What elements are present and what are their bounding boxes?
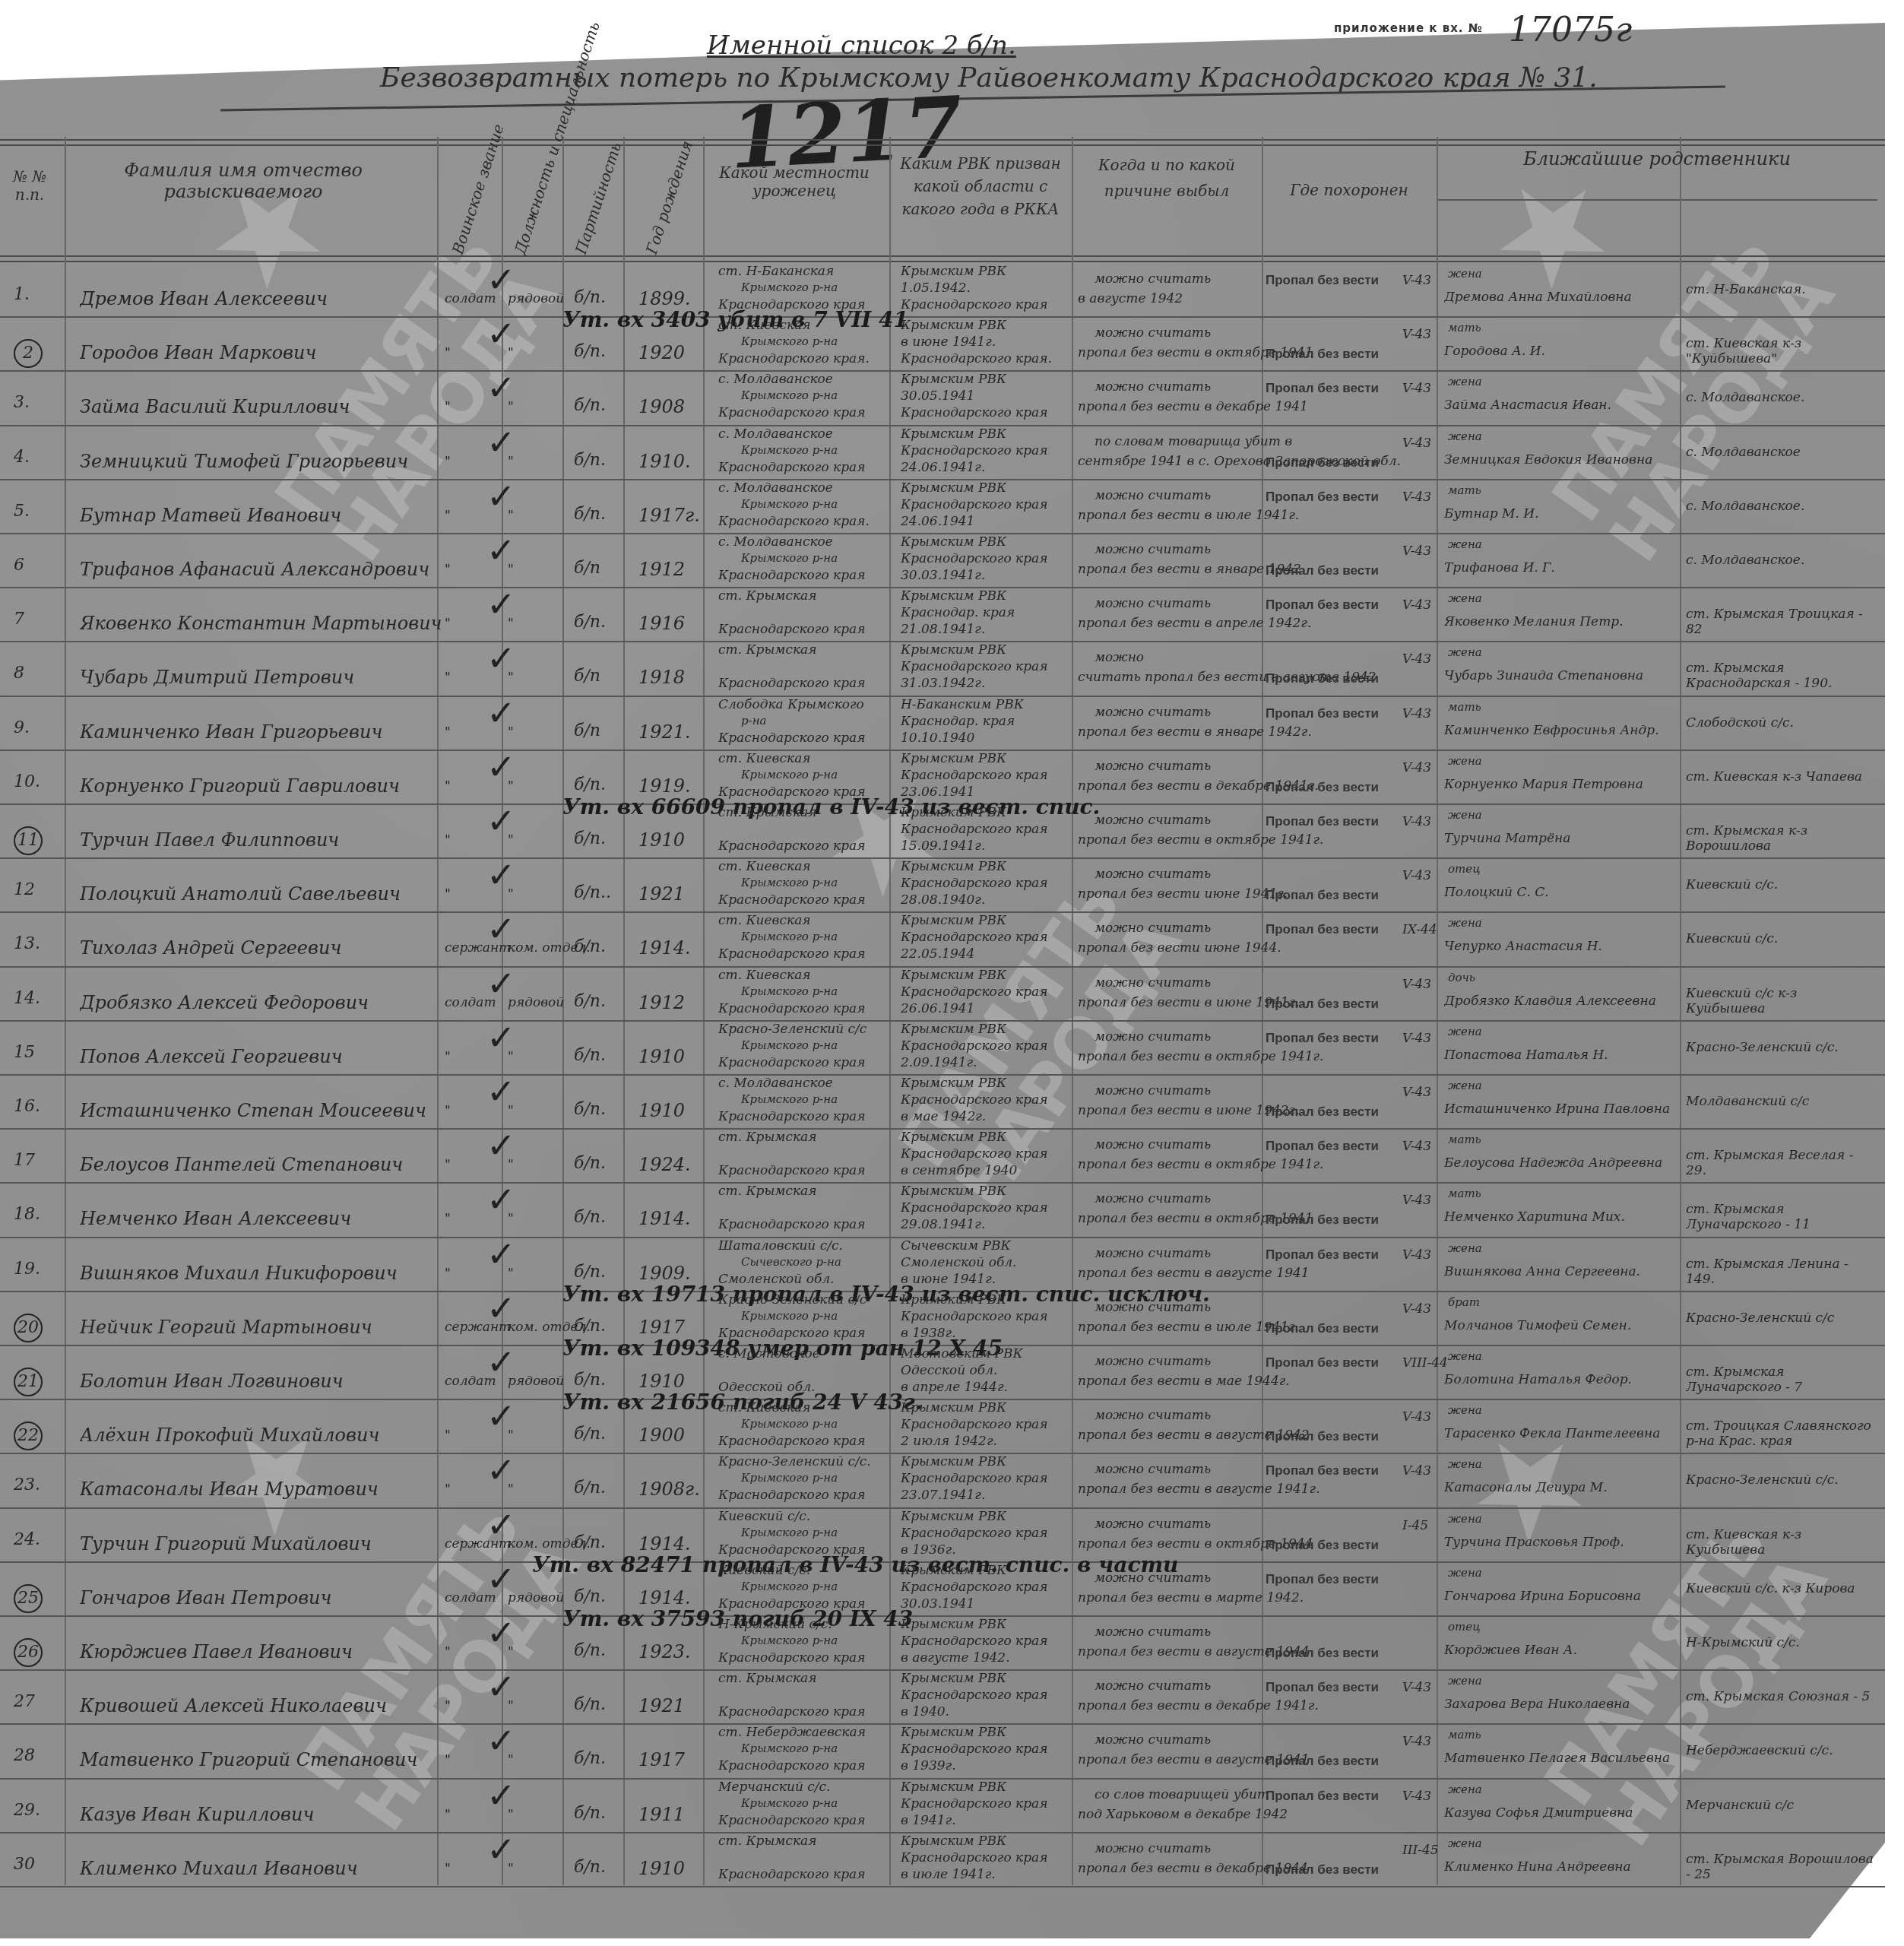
soldier-name: Дробязко Алексей Федорович bbox=[80, 992, 369, 1013]
row-number: 21 bbox=[14, 1368, 43, 1396]
row-number: 23. bbox=[14, 1475, 40, 1494]
loss-note: можно считать bbox=[1095, 975, 1211, 990]
birthplace-line: Краснодарского края bbox=[718, 1650, 865, 1666]
relative-address: ст. Крымская к-з Ворошилова bbox=[1686, 823, 1876, 854]
loss-code: V-43 bbox=[1402, 1301, 1431, 1317]
checkmark-icon: ✓ bbox=[486, 1720, 516, 1761]
soldier-name: Вишняков Михаил Никифорович bbox=[80, 1263, 398, 1284]
birthplace-line: Крымского р-на bbox=[741, 1417, 838, 1431]
position: рядовой bbox=[508, 1374, 564, 1389]
conscription-line: Крымским РВК bbox=[901, 805, 1006, 820]
conscription-line: Краснодарского края bbox=[901, 1796, 1047, 1811]
loss-status-stamp: Пропал без вести bbox=[1266, 1862, 1379, 1878]
loss-note: можно считать bbox=[1095, 488, 1211, 503]
relative-address: Неберджаевский с/с. bbox=[1686, 1743, 1833, 1758]
conscription-line: в 1941г. bbox=[901, 1813, 956, 1828]
header-bottom-rule bbox=[0, 255, 1885, 262]
checkmark-icon: ✓ bbox=[486, 1504, 516, 1545]
checkmark-icon: ✓ bbox=[486, 1450, 516, 1491]
conscription-line: в мае 1942г. bbox=[901, 1109, 986, 1124]
table-row: 6Трифанов Афанасий Александрович""✓б/п19… bbox=[0, 533, 1877, 587]
birthplace-line: Сычевского р-на bbox=[741, 1255, 841, 1269]
loss-status-stamp: Пропал без вести bbox=[1266, 381, 1379, 396]
conscription-line: в июне 1941г. bbox=[901, 334, 996, 350]
soldier-name: Кюрджиев Павел Иванович bbox=[80, 1641, 353, 1662]
loss-status-stamp: Пропал без вести bbox=[1266, 490, 1379, 505]
circled-number: 11 bbox=[14, 826, 43, 855]
party-status: б/п. bbox=[574, 829, 606, 848]
relative-name: Клименко Нина Андреевна bbox=[1444, 1859, 1631, 1875]
loss-note: под Харьковом в декабре 1942 bbox=[1078, 1807, 1288, 1822]
party-status: б/п. bbox=[574, 1100, 606, 1119]
conscription-line: Мостовским РВК bbox=[901, 1346, 1023, 1361]
relative-address: Молдаванский с/с bbox=[1686, 1094, 1809, 1109]
birthplace-line: Крымского р-на bbox=[741, 1092, 838, 1106]
soldier-name: Кривошей Алексей Николаевич bbox=[80, 1695, 387, 1716]
birthplace-line: Краснодарского края bbox=[718, 946, 865, 962]
conscription-line: Крымским РВК bbox=[901, 1833, 1006, 1849]
relative-address: Красно-Зеленский с/с. bbox=[1686, 1040, 1839, 1055]
loss-status-stamp: Пропал без вести bbox=[1266, 1031, 1379, 1046]
relative-name: Дробязко Клавдия Алексеевна bbox=[1444, 994, 1656, 1009]
birth-year: 1924. bbox=[638, 1154, 691, 1175]
table-row: 4.Земницкий Тимофей Григорьевич""✓б/п.19… bbox=[0, 425, 1877, 479]
loss-status-stamp: Пропал без вести bbox=[1266, 1429, 1379, 1444]
relative-name: Болотина Наталья Федор. bbox=[1444, 1372, 1632, 1387]
relative-relation: жена bbox=[1448, 591, 1482, 605]
conscription-line: Краснодарского края bbox=[901, 1200, 1047, 1215]
row-number: 19. bbox=[14, 1260, 40, 1279]
loss-status-stamp: Пропал без вести bbox=[1266, 455, 1379, 471]
row-number: 22 bbox=[14, 1421, 43, 1450]
birthplace-line: Крымского р-на bbox=[741, 768, 838, 781]
conscription-line: Крымским РВК bbox=[901, 1184, 1006, 1199]
birth-year: 1914. bbox=[638, 1533, 691, 1555]
loss-code: V-43 bbox=[1402, 1139, 1431, 1154]
birth-year: 1916 bbox=[638, 613, 685, 634]
conscription-line: Краснодарского края bbox=[901, 1309, 1047, 1324]
conscription-line: Краснодарского края bbox=[901, 876, 1047, 891]
birthplace-line: Краснодарского края bbox=[718, 1434, 865, 1449]
soldier-name: Займа Василий Кириллович bbox=[80, 396, 350, 417]
birth-year: 1917 bbox=[638, 1317, 685, 1338]
checkmark-icon: ✓ bbox=[486, 1558, 516, 1599]
loss-note: можно считать bbox=[1095, 759, 1211, 774]
row-number: 10. bbox=[14, 772, 40, 791]
relative-address: ст. Крымская Ворошилова - 25 bbox=[1686, 1852, 1876, 1882]
row-number: 27 bbox=[14, 1692, 35, 1711]
table-row: 2Ут. вх 3403 убит в 7 VII 41Городов Иван… bbox=[0, 316, 1877, 370]
loss-note: в августе 1942 bbox=[1078, 291, 1183, 306]
birth-year: 1918 bbox=[638, 667, 685, 688]
table-row: 13.Тихолаз Андрей Сергеевичсержантком. о… bbox=[0, 911, 1877, 965]
birthplace-line: Краснодарского края bbox=[718, 622, 865, 637]
loss-status-stamp: Пропал без вести bbox=[1266, 1212, 1379, 1228]
birthplace-line: Крымского р-на bbox=[741, 1526, 838, 1539]
checkmark-icon: ✓ bbox=[486, 367, 516, 408]
birthplace-line: с. Молдаванское bbox=[718, 534, 833, 550]
loss-note: пропал без вести в октябре 1941г. bbox=[1078, 832, 1323, 848]
soldier-name: Белоусов Пантелей Степанович bbox=[80, 1154, 403, 1175]
table-row: 15Попов Алексей Георгиевич""✓б/п.1910Кра… bbox=[0, 1020, 1877, 1074]
conscription-line: 15.09.1941г. bbox=[901, 838, 985, 854]
birth-year: 1921. bbox=[638, 721, 691, 743]
relative-relation: жена bbox=[1448, 1512, 1482, 1526]
loss-note: пропал без вести июне 1944. bbox=[1078, 940, 1281, 956]
birthplace-line: Краснодарского края bbox=[718, 1867, 865, 1882]
birthplace-line: Крымского р-на bbox=[741, 443, 838, 457]
loss-note: можно считать bbox=[1095, 1137, 1211, 1152]
loss-status-stamp: Пропал без вести bbox=[1266, 563, 1379, 578]
birthplace-line: Краснодарского края bbox=[718, 676, 865, 691]
conscription-line: Краснодарского края bbox=[901, 551, 1047, 566]
relative-relation: жена bbox=[1448, 1566, 1482, 1580]
loss-code: V-43 bbox=[1402, 544, 1431, 559]
military-rank: " bbox=[445, 1211, 451, 1226]
conscription-line: Смоленской обл. bbox=[901, 1255, 1017, 1270]
conscription-line: 2.09.1941г. bbox=[901, 1055, 977, 1070]
conscription-line: Краснодарского края bbox=[901, 1526, 1047, 1541]
conscription-line: Крымским РВК bbox=[901, 588, 1006, 604]
conscription-line: Краснодарского края bbox=[901, 497, 1047, 512]
loss-status-stamp: Пропал без вести bbox=[1266, 597, 1379, 613]
birthplace-line: Краснодарского края bbox=[718, 892, 865, 908]
conscription-line: Крымским РВК bbox=[901, 1454, 1006, 1469]
birthplace-line: Крымского р-на bbox=[741, 280, 838, 294]
casualty-annotation: Ут. вх 66609 пропал в IV-43 из вест. спи… bbox=[562, 794, 1100, 819]
birth-year: 1914. bbox=[638, 1208, 691, 1229]
military-rank: " bbox=[445, 1698, 451, 1713]
relative-name: Матвиенко Пелагея Васильевна bbox=[1444, 1751, 1670, 1766]
conscription-line: 22.05.1944 bbox=[901, 946, 974, 962]
row-number: 11 bbox=[14, 826, 43, 855]
birthplace-line: р-на bbox=[741, 714, 767, 727]
table-row: 16.Исташниченко Степан Моисеевич""✓б/п.1… bbox=[0, 1074, 1877, 1128]
conscription-line: Крымским РВК bbox=[901, 426, 1006, 442]
conscription-line: 1.05.1942. bbox=[901, 280, 971, 296]
relative-address: Слободской с/с. bbox=[1686, 715, 1794, 731]
conscription-line: Краснодарского края bbox=[901, 1580, 1047, 1595]
loss-status-stamp: Пропал без вести bbox=[1266, 1247, 1379, 1263]
col-header-conscripted: Каким РВК призван какой области с какого… bbox=[897, 152, 1064, 220]
row-number: 6 bbox=[14, 556, 24, 575]
relative-address: ст. Троицкая Славянского р-на Крас. края bbox=[1686, 1418, 1876, 1449]
relative-address: ст. Киевская к-з "Куйбышева" bbox=[1686, 336, 1876, 366]
party-status: б/п. bbox=[574, 1479, 606, 1498]
relative-name: Бутнар М. И. bbox=[1444, 506, 1539, 521]
birthplace-line: Крымского р-на bbox=[741, 1742, 838, 1755]
soldier-name: Гончаров Иван Петрович bbox=[80, 1587, 332, 1608]
conscription-line: Краснодарского края bbox=[901, 1471, 1047, 1486]
party-status: б/п. bbox=[574, 396, 606, 415]
table-row: 11Ут. вх 66609 пропал в IV-43 из вест. с… bbox=[0, 803, 1877, 857]
list-title: Именной список 2 б/п. bbox=[707, 30, 1016, 61]
checkmark-icon: ✓ bbox=[486, 1288, 516, 1329]
loss-status-stamp: Пропал без вести bbox=[1266, 1680, 1379, 1695]
loss-status-stamp: Пропал без вести bbox=[1266, 1538, 1379, 1553]
relative-name: Немченко Харитина Мих. bbox=[1444, 1209, 1625, 1225]
soldier-name: Городов Иван Маркович bbox=[80, 342, 316, 363]
loss-status-stamp: Пропал без вести bbox=[1266, 1355, 1379, 1371]
conscription-line: Крымским РВК bbox=[901, 968, 1006, 983]
soldier-name: Чубарь Дмитрий Петрович bbox=[80, 667, 354, 688]
table-row: 9.Каминченко Иван Григорьевич""✓б/п1921.… bbox=[0, 696, 1877, 750]
checkmark-icon: ✓ bbox=[486, 963, 516, 1004]
loss-code: V-43 bbox=[1402, 760, 1431, 775]
conscription-line: 28.08.1940г. bbox=[901, 892, 985, 908]
military-rank: " bbox=[445, 1752, 451, 1767]
loss-note: можно считать bbox=[1095, 1300, 1211, 1315]
loss-note: пропал без вести в декабре 1941 bbox=[1078, 399, 1308, 414]
birthplace-line: Красно-Зеленский с/с bbox=[718, 1022, 866, 1037]
conscription-line: Краснодарского края. bbox=[901, 351, 1052, 366]
party-status: б/п. bbox=[574, 1641, 606, 1660]
loss-note: можно считать bbox=[1095, 1246, 1211, 1261]
military-rank: " bbox=[445, 508, 451, 523]
loss-note: пропал без вести в августе 1941 bbox=[1078, 1266, 1310, 1281]
birthplace-line: ст. Крымская bbox=[718, 1671, 817, 1686]
table-row: 5.Бутнар Матвей Иванович""✓б/п.1917г.с. … bbox=[0, 479, 1877, 533]
row-number: 29. bbox=[14, 1801, 40, 1820]
row-number: 28 bbox=[14, 1746, 35, 1765]
table-row: 28Матвиенко Григорий Степанович""✓б/п.19… bbox=[0, 1723, 1877, 1777]
loss-note: по словам товарища убит в bbox=[1095, 434, 1292, 449]
relative-name: Трифанова И. Г. bbox=[1444, 560, 1555, 575]
relative-relation: отец bbox=[1448, 1620, 1481, 1634]
col-header-relatives: Ближайшие родственники bbox=[1444, 148, 1870, 170]
loss-note: можно считать bbox=[1095, 813, 1211, 828]
loss-note: пропал без вести в декабре 1941г. bbox=[1078, 1698, 1319, 1713]
loss-note: можно считать bbox=[1095, 1029, 1211, 1044]
conscription-line: Крымским РВК bbox=[901, 1076, 1006, 1091]
loss-note: можно считать bbox=[1095, 1354, 1211, 1369]
checkmark-icon: ✓ bbox=[486, 1829, 516, 1870]
conscription-line: Крымским РВК bbox=[901, 642, 1006, 658]
loss-note: пропал без вести в июле 1941г. bbox=[1078, 508, 1299, 523]
checkmark-icon: ✓ bbox=[486, 800, 516, 841]
birth-year: 1908 bbox=[638, 396, 685, 417]
loss-status-stamp: Пропал без вести bbox=[1266, 780, 1379, 795]
checkmark-icon: ✓ bbox=[486, 1179, 516, 1220]
relative-name: Вишнякова Анна Сергеевна. bbox=[1444, 1264, 1640, 1279]
relative-name: Чепурко Анастасия Н. bbox=[1444, 939, 1602, 954]
relative-relation: жена bbox=[1448, 808, 1482, 822]
birth-year: 1910 bbox=[638, 829, 685, 851]
birthplace-line: ст. Киевская bbox=[718, 1400, 811, 1415]
birthplace-line: Красно-Зеленский с/с bbox=[718, 1292, 866, 1307]
birth-year: 1923. bbox=[638, 1641, 691, 1662]
party-status: б/п. bbox=[574, 1154, 606, 1173]
conscription-line: 23.07.1941г. bbox=[901, 1488, 985, 1503]
conscription-line: Крымским РВК bbox=[901, 480, 1006, 496]
conscription-line: Краснодарского края bbox=[901, 768, 1047, 783]
table-row: 14.Дробязко Алексей Федоровичсолдатрядов… bbox=[0, 966, 1877, 1020]
loss-note: можно считать bbox=[1095, 1678, 1211, 1694]
birthplace-line: Крымского р-на bbox=[741, 984, 838, 998]
relative-relation: брат bbox=[1448, 1295, 1480, 1309]
birthplace-line: с. Молдаванское bbox=[718, 426, 833, 442]
relative-name: Займа Анастасия Иван. bbox=[1444, 398, 1611, 413]
conscription-line: Краснодарского края bbox=[901, 1146, 1047, 1162]
birthplace-line: Крымского р-на bbox=[741, 388, 838, 402]
party-status: б/п. bbox=[574, 1317, 606, 1336]
loss-note: можно считать bbox=[1095, 271, 1211, 287]
birthplace-line: Крымского р-на bbox=[741, 876, 838, 889]
party-status: б/п. bbox=[574, 937, 606, 956]
conscription-line: Крымским РВК bbox=[901, 1022, 1006, 1037]
relative-name: Кюрджиев Иван А. bbox=[1444, 1643, 1577, 1658]
conscription-line: Крымским РВК bbox=[901, 534, 1006, 550]
conscription-line: Крымским РВК bbox=[901, 1617, 1006, 1632]
relative-relation: жена bbox=[1448, 754, 1482, 768]
relative-address: ст. Киевская к-з Куйбышева bbox=[1686, 1527, 1876, 1558]
relative-name: Белоусова Надежда Андреевна bbox=[1444, 1155, 1662, 1171]
relative-name: Земницкая Евдокия Ивановна bbox=[1444, 452, 1652, 467]
conscription-line: Крымским РВК bbox=[901, 1130, 1006, 1145]
birth-year: 1900 bbox=[638, 1425, 685, 1446]
party-status: б/п. bbox=[574, 775, 606, 794]
birthplace-line: Крымского р-на bbox=[741, 930, 838, 943]
conscription-line: Краснодарского края bbox=[901, 1417, 1047, 1432]
loss-code: V-43 bbox=[1402, 1463, 1431, 1479]
table-row: 7Яковенко Константин Мартынович""✓б/п.19… bbox=[0, 587, 1877, 641]
row-rule bbox=[0, 1886, 1885, 1887]
conscription-line: Краснодар. края bbox=[901, 605, 1015, 620]
loss-note: пропал без вести в январе 1942г. bbox=[1078, 724, 1312, 740]
conscription-line: Крымским РВК bbox=[901, 913, 1006, 928]
relative-address: Киевский с/с. bbox=[1686, 877, 1778, 892]
loss-status-stamp: Пропал без вести bbox=[1266, 1321, 1379, 1336]
circled-number: 2 bbox=[14, 339, 43, 368]
loss-note: можно считать bbox=[1095, 1841, 1211, 1856]
loss-code: I-45 bbox=[1402, 1518, 1428, 1533]
loss-code: V-43 bbox=[1402, 1789, 1431, 1804]
position: рядовой bbox=[508, 995, 564, 1010]
party-status: б/п. bbox=[574, 992, 606, 1011]
birthplace-line: Краснодарского края bbox=[718, 1217, 865, 1232]
loss-code: V-43 bbox=[1402, 436, 1431, 451]
relative-address: Н-Крымский с/с. bbox=[1686, 1635, 1800, 1650]
soldier-name: Попов Алексей Георгиевич bbox=[80, 1046, 343, 1067]
soldier-name: Каминченко Иван Григорьевич bbox=[80, 721, 382, 743]
birth-year: 1911 bbox=[638, 1804, 685, 1825]
soldier-name: Тихолаз Андрей Сергеевич bbox=[80, 937, 341, 959]
conscription-line: Крымским РВК bbox=[901, 1725, 1006, 1740]
relative-relation: жена bbox=[1448, 645, 1482, 659]
relative-address: ст. Крымская Луначарского - 7 bbox=[1686, 1364, 1876, 1395]
birthplace-line: Краснодарского края bbox=[718, 1055, 865, 1070]
birth-year: 1910 bbox=[638, 1371, 685, 1392]
loss-code: V-43 bbox=[1402, 273, 1431, 288]
loss-status-stamp: Пропал без вести bbox=[1266, 1139, 1379, 1154]
row-number: 12 bbox=[14, 880, 35, 899]
birthplace-line: Краснодарского края bbox=[718, 838, 865, 854]
birthplace-line: ст. Киевская bbox=[718, 859, 811, 874]
soldier-name: Матвиенко Григорий Степанович bbox=[80, 1749, 417, 1770]
conscription-line: 30.03.1941г. bbox=[901, 568, 985, 583]
relative-relation: жена bbox=[1448, 1349, 1482, 1363]
position: рядовой bbox=[508, 1590, 564, 1605]
birthplace-line: Краснодарского края. bbox=[718, 514, 870, 529]
party-status: б/п bbox=[574, 667, 600, 686]
relative-name: Захарова Вера Николаевна bbox=[1444, 1697, 1630, 1712]
birthplace-line: ст. Неберджаевская bbox=[718, 1725, 866, 1740]
soldier-name: Трифанов Афанасий Александрович bbox=[80, 559, 429, 580]
loss-note: можно считать bbox=[1095, 1624, 1211, 1640]
birthplace-line: Краснодарского края bbox=[718, 1488, 865, 1503]
birthplace-line: Слободка Крымского bbox=[718, 697, 864, 712]
row-number: 4. bbox=[14, 448, 30, 467]
military-rank: " bbox=[445, 886, 451, 902]
casualty-annotation: Ут. вх 82471 пропал в IV-43 из вест. спи… bbox=[532, 1552, 1178, 1577]
conscription-line: Сычевским РВК bbox=[901, 1238, 1011, 1253]
loss-code: V-43 bbox=[1402, 381, 1431, 396]
loss-code: V-43 bbox=[1402, 977, 1431, 992]
loss-status-stamp: Пропал без вести bbox=[1266, 922, 1379, 937]
military-rank: " bbox=[445, 1049, 451, 1064]
row-number: 5. bbox=[14, 502, 30, 521]
conscription-line: в августе 1942. bbox=[901, 1650, 1010, 1666]
soldier-name: Исташниченко Степан Моисеевич bbox=[80, 1100, 426, 1121]
loss-note: пропал без вести в марте 1942. bbox=[1078, 1590, 1304, 1605]
military-rank: " bbox=[445, 1157, 451, 1172]
conscription-line: Крымским РВК bbox=[901, 1292, 1006, 1307]
loss-note: можно считать bbox=[1095, 1191, 1211, 1206]
birth-year: 1910. bbox=[638, 451, 691, 472]
checkmark-icon: ✓ bbox=[486, 1234, 516, 1275]
birth-year: 1909. bbox=[638, 1263, 691, 1284]
relative-relation: жена bbox=[1448, 267, 1482, 280]
loss-status-stamp: Пропал без вести bbox=[1266, 1646, 1379, 1661]
conscription-line: Краснодарского края bbox=[901, 1634, 1047, 1649]
header-top-rule bbox=[0, 139, 1885, 146]
conscription-line: Крымским РВК bbox=[901, 1671, 1006, 1686]
party-status: б/п. bbox=[574, 288, 606, 307]
birthplace-line: ст. Киевская bbox=[718, 318, 811, 333]
conscription-line: Крымским РВК bbox=[901, 859, 1006, 874]
conscription-line: Крымским РВК bbox=[901, 751, 1006, 766]
relative-name: Турчина Матрёна bbox=[1444, 831, 1570, 846]
birthplace-line: Киевский с/с. bbox=[718, 1563, 810, 1578]
archive-stamp: приложение к вх. № bbox=[1334, 21, 1483, 35]
conscription-line: Краснодарского края bbox=[901, 1742, 1047, 1757]
table-row: 23.Катасоналы Иван Муратович""✓б/п.1908г… bbox=[0, 1453, 1877, 1507]
birth-year: 1921 bbox=[638, 1695, 685, 1716]
relative-relation: жена bbox=[1448, 1079, 1482, 1092]
soldier-name: Бутнар Матвей Иванович bbox=[80, 505, 341, 526]
loss-code: V-43 bbox=[1402, 1734, 1431, 1749]
relative-relation: мать bbox=[1448, 700, 1481, 714]
loss-status-stamp: Пропал без вести bbox=[1266, 671, 1379, 686]
row-number: 30 bbox=[14, 1855, 35, 1874]
col-header-num: № № п.п. bbox=[3, 167, 56, 204]
conscription-line: 30.05.1941 bbox=[901, 388, 974, 404]
party-status: б/п. bbox=[574, 505, 606, 524]
loss-status-stamp: Пропал без вести bbox=[1266, 347, 1379, 362]
relative-relation: жена bbox=[1448, 1783, 1482, 1796]
relative-address: ст. Крымская Луначарского - 11 bbox=[1686, 1202, 1876, 1232]
birthplace-line: Мерчанский с/с. bbox=[718, 1780, 830, 1795]
conscription-line: Краснодарского края bbox=[901, 1850, 1047, 1865]
row-number: 1. bbox=[14, 285, 30, 304]
soldier-name: Катасоналы Иван Муратович bbox=[80, 1479, 379, 1500]
birthplace-line: с. Молдаванское bbox=[718, 480, 833, 496]
row-number: 2 bbox=[14, 339, 43, 368]
soldier-name: Дремов Иван Алексеевич bbox=[80, 288, 328, 309]
birthplace-line: Крымского р-на bbox=[741, 334, 838, 348]
birthplace-line: Краснодарского края bbox=[718, 460, 865, 475]
table-row: 1.Дремов Иван Алексеевичсолдатрядовой✓б/… bbox=[0, 262, 1877, 316]
